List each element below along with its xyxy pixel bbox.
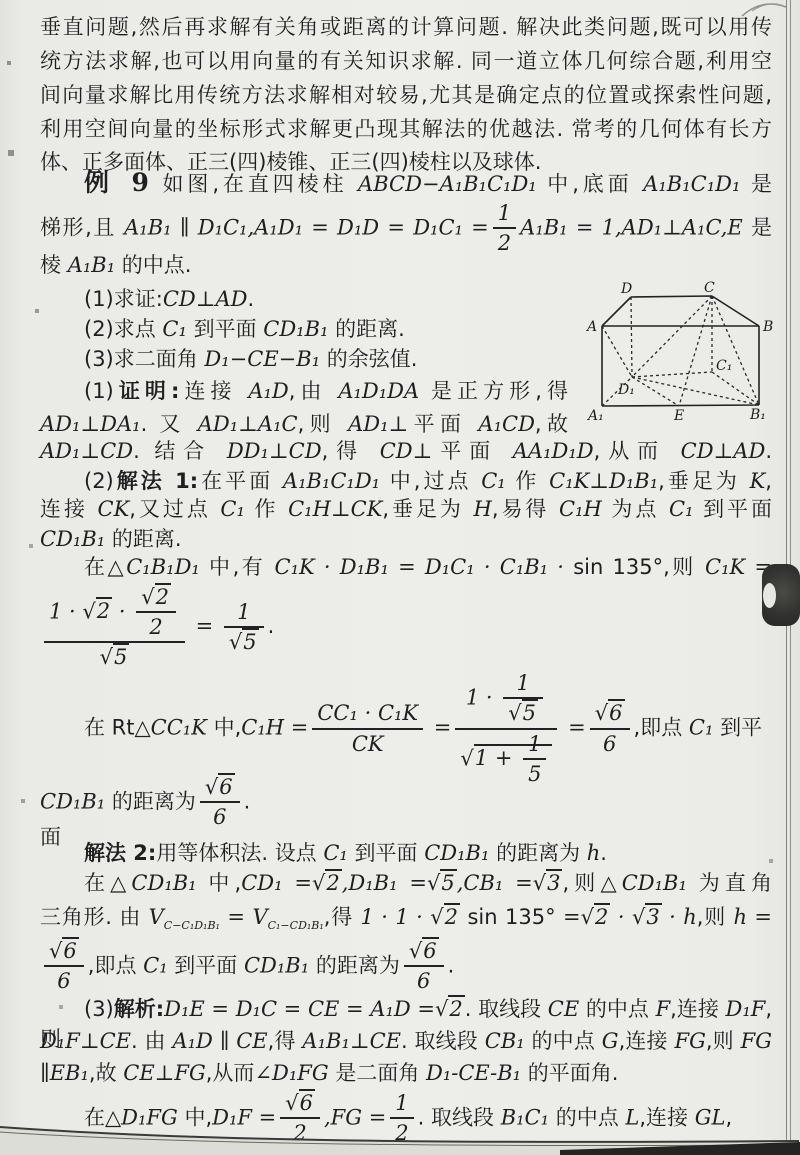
fraction: √62 bbox=[280, 1090, 320, 1147]
math-text: 1 bbox=[516, 671, 529, 695]
vertex-label-B: B bbox=[762, 319, 773, 335]
math-text: 5 bbox=[523, 701, 536, 725]
math-text: A₁B₁⊥CE bbox=[302, 1029, 401, 1053]
body-text: 统方法求解,也可以用向量的有关知识求解. 同一道立体几何综合题,利用空 bbox=[40, 49, 772, 73]
vertex-label-C₁: C₁ bbox=[716, 358, 732, 374]
body-text: 5 bbox=[440, 869, 456, 895]
body-text: 在 bbox=[84, 1105, 105, 1129]
math-text: C₁K · D₁B₁ = D₁C₁ · C₁B₁ · bbox=[275, 555, 574, 579]
body-text: . 结合 bbox=[133, 439, 227, 463]
body-text: 的距离. bbox=[328, 317, 404, 341]
math-text: 2 bbox=[97, 599, 110, 623]
body-text: 5 bbox=[522, 699, 538, 725]
body-text: 在平面 bbox=[198, 469, 283, 493]
math-text: CE bbox=[548, 997, 579, 1021]
body-text: √ bbox=[100, 645, 113, 669]
body-text: √ bbox=[409, 939, 422, 963]
radical: √5 bbox=[100, 643, 130, 669]
body-text: ,连接 bbox=[619, 1029, 675, 1053]
body-text: ,得 bbox=[324, 905, 361, 929]
body-text: 解法 2: bbox=[84, 841, 156, 865]
body-text: 垂直问题,然后再求解有关角或距离的计算问题. 解决此类问题,既可以用传 bbox=[40, 15, 772, 39]
math-text: 1 · bbox=[466, 685, 499, 709]
body-text: 2 bbox=[325, 869, 341, 895]
body-text: 中,底面 bbox=[537, 172, 643, 196]
text-line-4: 利用空间向量的坐标形式求解更凸现其解法的优越法. 常考的几何体有长方 bbox=[40, 114, 772, 144]
math-text: 3 bbox=[646, 905, 659, 929]
radical: √2 bbox=[435, 995, 465, 1021]
text-line-23: 在△CD₁B₁ 中,CD₁ =√2,D₁B₁ =√5,CB₁ =√3,则△CD₁… bbox=[40, 868, 772, 898]
body-text: 2 bbox=[390, 1119, 413, 1146]
body-text: √ bbox=[533, 871, 546, 895]
body-text: √ bbox=[430, 905, 443, 929]
body-text: √ bbox=[435, 997, 448, 1021]
body-text: 1 · 1√5 bbox=[455, 670, 557, 730]
body-text: sin 135°,则 bbox=[573, 555, 705, 579]
body-text: ,得 bbox=[322, 439, 380, 463]
math-text: FG bbox=[675, 1029, 706, 1053]
body-text: 1 · √2 · √22 bbox=[44, 584, 185, 644]
math-text: 6 bbox=[300, 1091, 313, 1115]
body-text: , bbox=[725, 1105, 732, 1129]
body-text: 是 bbox=[743, 215, 772, 239]
vertex-label-C: C bbox=[704, 280, 715, 296]
text-line-25: √66,即点 C₁ 到平面 CD₁B₁ 的距离为√66. bbox=[40, 938, 772, 995]
body-text: ,即点 bbox=[634, 716, 689, 740]
body-text: . 又 bbox=[141, 412, 198, 436]
body-text: 梯形,且 bbox=[40, 215, 124, 239]
math-text: D₁F = bbox=[212, 1105, 276, 1129]
body-text: ,连接 bbox=[639, 1105, 694, 1129]
body-text: √ bbox=[49, 939, 62, 963]
math-text: ,CB₁ = bbox=[457, 871, 533, 895]
body-text: 的平面角. bbox=[521, 1061, 618, 1085]
fraction: 1 · √2 · √22√5 bbox=[44, 584, 185, 671]
math-text: AD₁⊥CD bbox=[40, 439, 133, 463]
body-text: 1 + 15 bbox=[474, 744, 553, 770]
math-text: K bbox=[750, 469, 766, 493]
body-text: 到平面 bbox=[187, 317, 263, 341]
body-text: 利用空间向量的坐标形式求解更凸现其解法的优越法. 常考的几何体有长方 bbox=[40, 117, 772, 141]
math-text: 1 + bbox=[475, 746, 519, 770]
body-text: √6 bbox=[44, 938, 84, 967]
fraction: √66 bbox=[200, 774, 240, 831]
body-text: 5 bbox=[242, 628, 258, 654]
fraction: 1√5 bbox=[224, 599, 264, 656]
body-text: (2)求点 bbox=[84, 317, 162, 341]
math-text: C₁ bbox=[220, 497, 245, 521]
body-text: √2 bbox=[136, 584, 176, 613]
math-text: A₁B₁ ∥ D₁C₁,A₁D₁ = D₁D = D₁C₁ = bbox=[124, 215, 489, 239]
body-text: (3) bbox=[84, 997, 114, 1021]
body-text: ,则 bbox=[298, 412, 348, 436]
math-text: 6 bbox=[423, 939, 436, 963]
text-line-13: AD₁⊥DA₁. 又 AD₁⊥A₁C,则 AD₁⊥平面 A₁CD,故 bbox=[40, 409, 568, 439]
text-line-24: 三角形. 由 VC−C₁D₁B₁ = VC₁−CD₁B₁,得 1 · 1 · √… bbox=[40, 902, 772, 941]
math-text: AA₁D₁D bbox=[513, 439, 594, 463]
text-line-17: CD₁B₁ 的距离. bbox=[40, 524, 772, 554]
math-text: 6 bbox=[219, 775, 232, 799]
text-line-8: 棱 A₁B₁ 的中点. bbox=[40, 250, 772, 280]
body-text: . 取线段 bbox=[418, 1105, 501, 1129]
body-text: √6 bbox=[280, 1090, 320, 1119]
body-text: √ bbox=[141, 585, 154, 609]
radical: √2 bbox=[581, 903, 611, 929]
math-text: CD₁B₁ bbox=[40, 527, 105, 551]
text-line-9: (1)求证:CD⊥AD. bbox=[40, 284, 580, 314]
math-text: CE⊥FG bbox=[123, 1061, 206, 1085]
body-text: 2 bbox=[280, 1119, 320, 1146]
math-text: A₁D₁DA bbox=[338, 379, 419, 403]
radical: √2 bbox=[141, 583, 171, 609]
body-text: √ bbox=[229, 630, 242, 654]
body-text: 6 bbox=[218, 773, 234, 799]
math-text: CD₁B₁ bbox=[40, 789, 105, 813]
math-text: A₁B₁C₁D₁ bbox=[643, 172, 740, 196]
math-text: 2 bbox=[595, 905, 608, 929]
body-text: 例 9 bbox=[84, 168, 152, 197]
radical: √3 bbox=[533, 869, 563, 895]
math-text: CD₁B₁ bbox=[424, 841, 489, 865]
body-text: √5 bbox=[503, 699, 543, 726]
text-line-15: (2)解法 1:在平面 A₁B₁C₁D₁ 中,过点 C₁ 作 C₁K⊥D₁B₁,… bbox=[40, 466, 772, 496]
math-text: AD₁⊥A₁C bbox=[198, 412, 298, 436]
body-text: √ bbox=[205, 775, 218, 799]
body-text: 作 bbox=[506, 469, 549, 493]
body-text: ,从而 bbox=[206, 1061, 255, 1085]
text-line-2: 统方法求解,也可以用向量的有关知识求解. 同一道立体几何综合题,利用空 bbox=[40, 46, 772, 76]
body-text: √6 bbox=[590, 700, 630, 729]
math-text: 2 bbox=[445, 905, 458, 929]
body-text: 在 Rt bbox=[84, 716, 135, 740]
fraction: √22 bbox=[136, 584, 176, 641]
math-text: △D₁FG bbox=[105, 1105, 178, 1129]
body-text: ,故 bbox=[89, 1061, 123, 1085]
math-text: 1 · bbox=[49, 599, 82, 623]
text-line-16: 连接 CK,又过点 C₁ 作 C₁H⊥CK,垂足为 H,易得 C₁H 为点 C₁… bbox=[40, 494, 772, 524]
math-text: ABCD−A₁B₁C₁D₁ bbox=[358, 172, 537, 196]
math-text: H bbox=[474, 497, 492, 521]
body-text: 是 bbox=[740, 172, 772, 196]
text-line-10: (2)求点 C₁ 到平面 CD₁B₁ 的距离. bbox=[40, 314, 580, 344]
math-text: D₁-CE-B₁ bbox=[426, 1061, 521, 1085]
binder-ring-artifact bbox=[762, 564, 800, 626]
radical: √6 bbox=[205, 773, 235, 799]
math-text: 6 bbox=[63, 939, 76, 963]
vertex-label-E: E bbox=[673, 408, 684, 424]
body-text: 为直角 bbox=[687, 871, 772, 895]
math-text: 6 bbox=[609, 701, 622, 725]
radical: √5 bbox=[229, 628, 259, 654]
math-text: DD₁⊥CD bbox=[227, 439, 322, 463]
body-text: . bbox=[247, 287, 254, 311]
math-text: F bbox=[656, 997, 671, 1021]
radical: √3 bbox=[632, 903, 662, 929]
math-text: 6 bbox=[57, 969, 70, 993]
body-text: 1 bbox=[523, 731, 546, 760]
math-text: FG bbox=[741, 1029, 772, 1053]
body-text: √6 bbox=[200, 774, 240, 803]
body-text: 中,有 bbox=[200, 555, 275, 579]
body-text: 作 bbox=[245, 497, 288, 521]
body-text: 到平面 bbox=[348, 841, 424, 865]
math-text: 6 bbox=[417, 969, 430, 993]
body-text: . bbox=[448, 953, 455, 977]
math-text: ∠D₁FG bbox=[254, 1061, 328, 1085]
text-line-29: 在△D₁FG 中,D₁F =√62,FG =12. 取线段 B₁C₁ 的中点 L… bbox=[40, 1090, 772, 1147]
body-text: √5 bbox=[224, 628, 264, 655]
body-text: 三角形. 由 bbox=[40, 905, 149, 929]
body-text: . 取线段 bbox=[465, 997, 548, 1021]
body-text: √ bbox=[427, 871, 440, 895]
math-text: 5 bbox=[243, 630, 256, 654]
body-text: 的余弦值. bbox=[320, 347, 417, 371]
math-text: D₁F⊥CE bbox=[40, 1029, 131, 1053]
math-text: A₁B₁ bbox=[68, 253, 115, 277]
math-text: 5 bbox=[114, 645, 127, 669]
math-text: h = bbox=[733, 905, 772, 929]
math-text: CD⊥AD bbox=[163, 287, 248, 311]
text-line-18: 在△C₁B₁D₁ 中,有 C₁K · D₁B₁ = D₁C₁ · C₁B₁ · … bbox=[40, 552, 772, 582]
body-text: 的中点. bbox=[115, 253, 191, 277]
math-text: 1 bbox=[528, 732, 541, 756]
text-line-3: 间向量求解比用传统方法求解相对较易,尤其是确定点的位置或探索性问题, bbox=[40, 80, 772, 110]
math-text: C₁ bbox=[143, 953, 168, 977]
radical: √6 bbox=[595, 699, 625, 725]
body-text: 间向量求解比用传统方法求解相对较易,尤其是确定点的位置或探索性问题, bbox=[40, 83, 772, 107]
math-text: CD₁ = bbox=[241, 871, 312, 895]
math-text: 6 bbox=[213, 805, 226, 829]
text-line-6: 例 9 如图,在直四棱柱 ABCD−A₁B₁C₁D₁ 中,底面 A₁B₁C₁D₁… bbox=[40, 168, 772, 199]
vertex-label-B₁: B₁ bbox=[749, 407, 766, 423]
math-text: ,FG = bbox=[324, 1105, 386, 1129]
body-text: . bbox=[765, 439, 772, 463]
math-text: 2 bbox=[149, 615, 162, 639]
binder-ring-notch bbox=[763, 583, 776, 608]
body-text: √ bbox=[595, 701, 608, 725]
body-text: √5 bbox=[44, 643, 185, 670]
text-line-14: AD₁⊥CD. 结合 DD₁⊥CD,得 CD⊥平面 AA₁D₁D,从而 CD⊥A… bbox=[40, 436, 772, 466]
math-text: 1 · 1 · bbox=[360, 905, 430, 929]
math-text: C₁ bbox=[162, 317, 187, 341]
body-text: 平面 bbox=[432, 439, 512, 463]
body-text: 6 bbox=[44, 967, 84, 994]
math-text: CB₁ bbox=[485, 1029, 525, 1053]
math-text: 2 bbox=[326, 871, 339, 895]
body-text: 5 bbox=[113, 643, 129, 669]
math-text: △CD₁B₁ bbox=[600, 871, 686, 895]
math-text: G bbox=[602, 1029, 619, 1053]
math-text: A₁CD bbox=[478, 412, 535, 436]
body-text: , bbox=[765, 469, 772, 493]
body-text: 平面 bbox=[408, 412, 478, 436]
scan-speckles bbox=[0, 0, 2, 2]
vertex-label-A₁: A₁ bbox=[586, 408, 604, 424]
fraction: 12 bbox=[493, 200, 516, 257]
text-line-1: 垂直问题,然后再求解有关角或距离的计算问题. 解决此类问题,既可以用传 bbox=[40, 12, 772, 42]
math-text: C₁ bbox=[689, 716, 714, 740]
math-text: = bbox=[561, 716, 585, 740]
body-text: ,易得 bbox=[492, 497, 559, 521]
body-text: 6 bbox=[62, 937, 78, 963]
math-text: 1 bbox=[237, 600, 250, 624]
math-text: = bbox=[427, 716, 451, 740]
body-text: √ bbox=[82, 599, 95, 623]
radical: √2 bbox=[82, 597, 112, 623]
body-text: 连接 bbox=[179, 379, 248, 403]
radical: √5 bbox=[508, 699, 538, 725]
math-text: 1 bbox=[395, 1091, 408, 1115]
math-text: CD⊥AD bbox=[681, 439, 766, 463]
math-text: C₁H = bbox=[241, 716, 308, 740]
text-line-19: 1 · √2 · √22√5 = 1√5. bbox=[40, 580, 772, 672]
math-text: 3 bbox=[547, 871, 560, 895]
body-text: ,垂足为 bbox=[658, 469, 749, 493]
math-text: 2 bbox=[395, 1121, 408, 1145]
body-text: √6 bbox=[404, 938, 444, 967]
body-text: 的中点 bbox=[579, 997, 655, 1021]
math-text: AD₁⊥ bbox=[348, 412, 408, 436]
scanned-textbook-page: 垂直问题,然后再求解有关角或距离的计算问题. 解决此类问题,既可以用传统方法求解… bbox=[0, 0, 800, 1155]
body-text: 2 bbox=[136, 613, 176, 640]
body-text: ,则 bbox=[697, 905, 734, 929]
math-text: A₁B₁C₁D₁ bbox=[283, 469, 380, 493]
math-text: B₁C₁ bbox=[501, 1105, 549, 1129]
math-text: CK bbox=[98, 497, 130, 521]
math-text: CD₁B₁ bbox=[263, 317, 328, 341]
body-text: 2 bbox=[444, 903, 460, 929]
body-text: 中, bbox=[178, 1105, 212, 1129]
math-text: A₁D bbox=[248, 379, 288, 403]
math-text: △CC₁K bbox=[135, 716, 207, 740]
vertex-label-D: D bbox=[620, 281, 632, 297]
body-text: 的距离为 bbox=[489, 841, 586, 865]
math-text: = bbox=[189, 614, 220, 638]
body-text: ,由 bbox=[289, 379, 339, 403]
radical: √6 bbox=[49, 937, 79, 963]
body-text: 的距离为 bbox=[309, 953, 400, 977]
radical: √2 bbox=[430, 903, 460, 929]
body-text: . bbox=[600, 841, 607, 865]
body-text: ,连接 bbox=[670, 997, 725, 1021]
text-line-21: CD₁B₁ 的距离为√66. bbox=[40, 774, 772, 831]
fraction: 12 bbox=[390, 1090, 413, 1147]
prism-figure: ABCDA₁EB₁C₁D₁ bbox=[586, 280, 786, 425]
body-text: (2) bbox=[84, 469, 114, 493]
math-text: V bbox=[149, 905, 164, 929]
fraction: √66 bbox=[44, 938, 84, 995]
math-text: 2 bbox=[293, 1121, 306, 1145]
fraction: 1 · 1√5√1 + 15 bbox=[455, 670, 557, 787]
body-text: 解析: bbox=[114, 997, 164, 1021]
text-line-11: (3)求二面角 D₁−CE−B₁ 的余弦值. bbox=[40, 344, 580, 374]
body-text: 3 bbox=[546, 869, 562, 895]
body-text: (1)求证: bbox=[84, 287, 163, 311]
text-line-27: D₁F⊥CE. 由 A₁D ∥ CE,得 A₁B₁⊥CE. 取线段 CB₁ 的中… bbox=[40, 1026, 772, 1056]
math-text: · h bbox=[662, 905, 697, 929]
body-text: √ bbox=[460, 746, 473, 770]
body-text: 6 bbox=[404, 967, 444, 994]
body-text: ,又过点 bbox=[129, 497, 220, 521]
body-text: . 由 bbox=[131, 1029, 172, 1053]
body-text: ,即点 bbox=[88, 953, 143, 977]
body-text: . bbox=[244, 789, 251, 813]
body-text: 6 bbox=[422, 937, 438, 963]
body-text: ,则 bbox=[562, 871, 600, 895]
body-text: 2 bbox=[594, 903, 610, 929]
fraction: √66 bbox=[590, 700, 630, 757]
body-text: ,故 bbox=[535, 412, 568, 436]
body-text: 1 bbox=[503, 670, 543, 699]
math-text: △CD₁B₁ bbox=[110, 871, 196, 895]
body-text: (3)求二面角 bbox=[84, 347, 204, 371]
body-text: ,则 bbox=[706, 1029, 741, 1053]
text-line-7: 梯形,且 A₁B₁ ∥ D₁C₁,A₁D₁ = D₁D = D₁C₁ =12A₁… bbox=[40, 200, 772, 257]
math-text: C₁ bbox=[323, 841, 348, 865]
body-text: √ bbox=[285, 1091, 298, 1115]
body-text: 连接 bbox=[40, 497, 98, 521]
body-text: 是二面角 bbox=[329, 1061, 426, 1085]
subscript-text: C₁−CD₁B₁ bbox=[268, 919, 324, 932]
math-text: D₁E = D₁C = CE = A₁D = bbox=[164, 997, 435, 1021]
body-text: 解法 1: bbox=[114, 469, 198, 493]
subscript-text: C−C₁D₁B₁ bbox=[164, 919, 220, 932]
math-text: GL bbox=[695, 1105, 726, 1129]
math-text: CC₁ · C₁K bbox=[317, 701, 418, 725]
math-text: C₁ bbox=[481, 469, 506, 493]
math-text: △C₁B₁D₁ bbox=[108, 555, 200, 579]
body-text: 的距离为 bbox=[105, 789, 196, 813]
body-text: 3 bbox=[645, 903, 661, 929]
body-text: √ bbox=[508, 701, 521, 725]
math-text: AD₁⊥DA₁ bbox=[40, 412, 141, 436]
body-text: √ bbox=[581, 905, 594, 929]
math-text: CK bbox=[352, 732, 384, 756]
math-text: D₁−CE−B₁ bbox=[204, 347, 320, 371]
radical: √2 bbox=[312, 869, 342, 895]
body-text: ,垂足为 bbox=[382, 497, 473, 521]
body-text: √ bbox=[312, 871, 325, 895]
body-text: 1 bbox=[390, 1090, 413, 1119]
body-text: 2 bbox=[96, 597, 112, 623]
math-text: · bbox=[610, 905, 632, 929]
body-text: CC₁ · C₁K bbox=[312, 700, 423, 729]
math-text: CD₁B₁ bbox=[244, 953, 309, 977]
radical: √1 + 15 bbox=[460, 744, 552, 770]
body-text: 棱 bbox=[40, 253, 68, 277]
body-text: 中, bbox=[207, 716, 241, 740]
math-text: D₁F bbox=[726, 997, 766, 1021]
body-text: 的中点 bbox=[549, 1105, 625, 1129]
text-line-12: (1)证明:连接 A₁D,由 A₁D₁DA 是正方形,得 bbox=[40, 376, 568, 406]
body-text: . bbox=[268, 614, 275, 638]
body-text: 是正方形,得 bbox=[419, 379, 568, 403]
radical: √5 bbox=[427, 869, 457, 895]
math-text: C₁ bbox=[669, 497, 694, 521]
math-text: 2 bbox=[449, 997, 462, 1021]
body-text: 证明: bbox=[114, 379, 180, 403]
vertex-label-D₁: D₁ bbox=[617, 382, 635, 398]
body-text: ,得 bbox=[268, 1029, 303, 1053]
body-text: sin 135° bbox=[460, 905, 563, 929]
math-text: C₁K⊥D₁B₁ bbox=[549, 469, 658, 493]
math-text: 5 bbox=[441, 871, 454, 895]
body-text: 到平面 bbox=[168, 953, 244, 977]
math-text: = bbox=[563, 905, 581, 929]
fraction: CC₁ · C₁KCK bbox=[312, 700, 423, 757]
body-text: CK bbox=[312, 730, 423, 757]
body-text: 中, bbox=[197, 871, 242, 895]
